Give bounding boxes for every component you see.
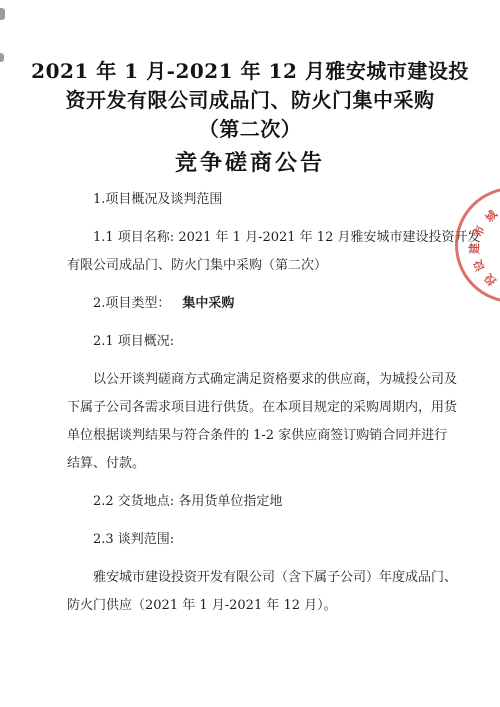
section-2-2-heading: 2.2 交货地点: 各用货单位指定地 (67, 488, 432, 516)
document-body: 1.项目概况及谈判范围 1.1 项目名称: 2021 年 1 月-2021 年 … (67, 186, 432, 620)
scope-line-2: 防火门供应（2021 年 1 月-2021 年 12 月）。 (67, 592, 432, 620)
overview-line-3: 单位根据谈判结果与符合条件的 1-2 家供应商签订购销合同并进行 (67, 422, 432, 450)
announcement-heading: 竞争磋商公告 (0, 148, 500, 178)
section-2-3-heading: 2.3 谈判范围: (67, 526, 432, 554)
title-line-1: 2021 年 1 月-2021 年 12 月雅安城市建设投 (0, 57, 500, 86)
section-2-heading: 2.项目类型：集中采购 (67, 290, 432, 318)
overview-line-2: 下属子公司各需求项目进行供货。在本项目规定的采购周期内，用货 (67, 394, 432, 422)
scan-artifact (0, 53, 4, 62)
overview-line-4: 结算、付款。 (67, 450, 432, 478)
project-name-line-1: 1.1 项目名称: 2021 年 1 月-2021 年 12 月雅安城市建设投资… (67, 224, 432, 252)
project-type-value: 集中采购 (182, 296, 234, 311)
document-page: 2021 年 1 月-2021 年 12 月雅安城市建设投 资开发有限公司成品门… (0, 0, 500, 707)
project-type-label: 2.项目类型： (93, 296, 170, 311)
overview-line-1: 以公开谈判磋商方式确定满足资格要求的供应商，为城投公司及 (67, 366, 432, 394)
scan-artifact (0, 8, 5, 20)
title-line-3: （第二次） (0, 115, 500, 144)
document-title: 2021 年 1 月-2021 年 12 月雅安城市建设投 资开发有限公司成品门… (0, 0, 500, 144)
scope-line-1: 雅安城市建设投资开发有限公司（含下属子公司）年度成品门、 (67, 564, 432, 592)
title-line-2: 资开发有限公司成品门、防火门集中采购 (0, 86, 500, 115)
project-name-line-2: 有限公司成品门、防火门集中采购（第二次） (67, 252, 432, 280)
section-1-heading: 1.项目概况及谈判范围 (67, 186, 432, 214)
red-seal-char: 建 (469, 243, 480, 254)
section-2-1-heading: 2.1 项目概况: (67, 328, 432, 356)
